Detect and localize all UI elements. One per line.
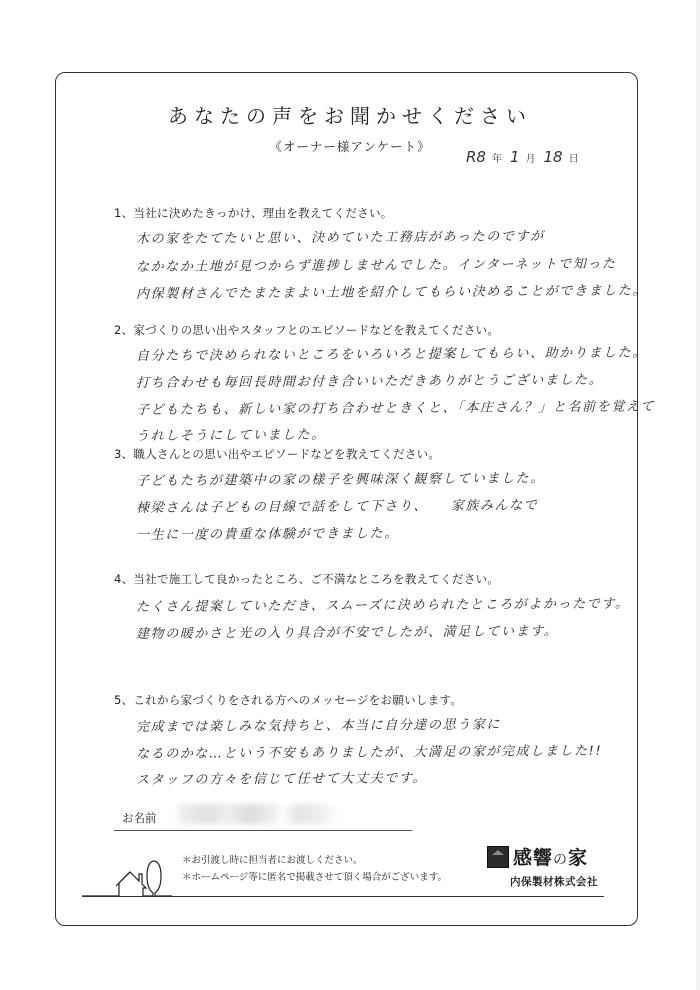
company-name: 内保製材株式会社 bbox=[510, 874, 598, 889]
footer-notes: ＊お引渡し時に担当者にお渡しください。 ＊ホームページ等に匿名で掲載させて頂く場… bbox=[182, 852, 447, 886]
form-title: あなたの声をお聞かせください bbox=[0, 100, 700, 129]
question-3-label: 3、職人さんとの思い出やエピソードなどを教えてください。 bbox=[114, 446, 440, 462]
name-value-redacted bbox=[178, 804, 338, 824]
brand-name-main: 感響 bbox=[513, 847, 553, 869]
house-tree-icon bbox=[82, 855, 172, 899]
answer-2-line-4: うれしそうにしていました。 bbox=[136, 424, 326, 444]
footer-note-2: ＊ホームページ等に匿名で掲載させて頂く場合がございます。 bbox=[182, 869, 447, 886]
date-field: R8 年 1 月 18 日 bbox=[466, 148, 587, 166]
question-2-label: 2、家づくりの思い出やスタッフとのエピソードなどを教えてください。 bbox=[114, 322, 499, 338]
answer-4-line-2: 建物の暖かさと光の入り具合が不安でしたが、満足しています。 bbox=[136, 620, 558, 642]
name-label: お名前 bbox=[122, 810, 157, 826]
date-day: 18 bbox=[544, 148, 563, 166]
answer-5-line-1: 完成までは楽しみな気持ちと、本当に自分達の思う家に bbox=[136, 713, 501, 735]
brand-name-no: の bbox=[553, 852, 568, 868]
answer-2-line-3: 子どもたちも、新しい家の打ち合わせときくと、「本庄さん？」と名前を覚えて bbox=[136, 395, 655, 418]
answer-5-line-2: なるのかな…という不安もありましたが、大満足の家が完成しました!! bbox=[136, 740, 602, 762]
question-5-label: 5、これから家づくりをされる方へのメッセージをお願いします。 bbox=[114, 692, 462, 708]
date-year-label: 年 bbox=[492, 150, 502, 165]
kankyo-mark-icon bbox=[487, 846, 509, 868]
brand-logo: 感響の家 bbox=[487, 843, 588, 870]
date-month: 1 bbox=[510, 148, 520, 166]
question-1-label: 1、当社に決めたきっかけ、理由を教えてください。 bbox=[114, 205, 393, 221]
brand-name: 感響の家 bbox=[513, 843, 588, 870]
date-month-label: 月 bbox=[526, 150, 536, 165]
date-day-label: 日 bbox=[569, 150, 579, 165]
answer-1-line-2: なかなか土地が見つからず進捗しませんでした。インターネットで知った bbox=[136, 253, 617, 275]
answer-1-line-3: 内保製材さんでたまたまよい土地を紹介してもらい決めることができました。 bbox=[136, 279, 647, 302]
answer-3-line-1: 子どもたちが建築中の家の様子を興味深く観察していました。 bbox=[136, 467, 545, 489]
answer-2-line-2: 打ち合わせも毎回長時間お付き合いいただきありがとうございました。 bbox=[136, 369, 603, 391]
footer-note-1: ＊お引渡し時に担当者にお渡しください。 bbox=[182, 852, 447, 869]
brand-name-end: 家 bbox=[568, 847, 588, 869]
name-underline bbox=[114, 830, 412, 831]
answer-1-line-1: 木の家をたてたいと思い、決めていた工務店があったのですが bbox=[136, 225, 545, 247]
answer-5-line-3: スタッフの方々を信じて任せて大丈夫です。 bbox=[136, 767, 427, 788]
answer-3-line-2: 棟梁さんは子どもの目線で話をして下さり、 家族みんなで bbox=[136, 494, 538, 516]
question-4-label: 4、当社で施工して良かったところ、ご不満なところを教えてください。 bbox=[114, 571, 499, 587]
form-subtitle: 《オーナー様アンケート》 bbox=[0, 137, 700, 155]
date-era-year: R8 bbox=[466, 148, 486, 166]
footer-baseline bbox=[82, 896, 604, 897]
answer-2-line-1: 自分たちで決められないところをいろいろと提案してもらい、助かりました。 bbox=[136, 341, 647, 364]
answer-3-line-3: 一生に一度の貴重な体験ができました。 bbox=[136, 522, 399, 543]
answer-4-line-1: たくさん提案していただき、スムーズに決められたところがよかったです。 bbox=[136, 593, 630, 615]
